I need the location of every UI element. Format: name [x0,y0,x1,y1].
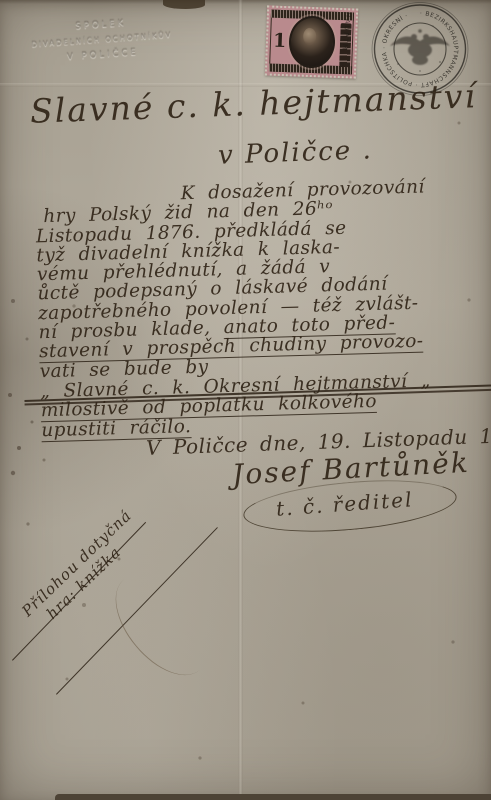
embossed-seal: SPOLEK DIVADELNÍCH OCHOTNÍKŮV V POLIČCE [21,12,184,68]
paper-tear [163,0,205,9]
document-page: SPOLEK DIVADELNÍCH OCHOTNÍKŮV V POLIČCE … [0,0,491,800]
note-flourish-curve [98,558,225,691]
letter-body: K dosažení provozování hry Polský žid na… [35,176,491,440]
photo-bottom-edge [55,794,491,800]
ink-speckles [0,0,2,2]
address-heading-place: v Poličce . [218,135,374,170]
stamp-denomination: 1 [273,30,287,52]
